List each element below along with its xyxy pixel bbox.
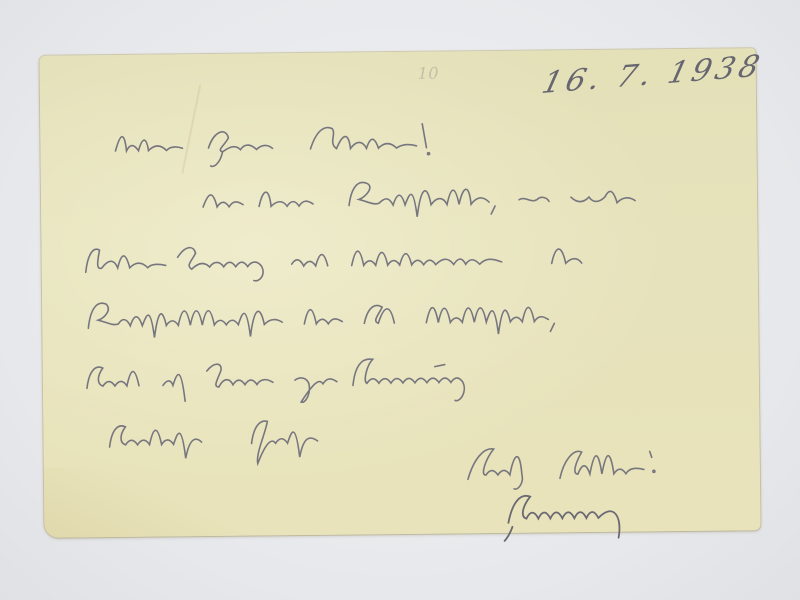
handwritten-line-1 (199, 173, 739, 209)
handwritten-sign-off (464, 436, 754, 469)
faint-pencil-mark: 10 (418, 64, 440, 83)
handwritten-closing (105, 412, 405, 445)
date-text: 16. 7. 1938 (538, 49, 766, 101)
handwritten-salutation (110, 119, 450, 153)
handwritten-line-2 (81, 233, 736, 270)
handwritten-line-4 (83, 352, 683, 388)
handwritten-line-3 (82, 291, 737, 328)
postcard: 10 16. 7. 1938 (39, 48, 760, 537)
handwritten-signature (502, 481, 672, 513)
